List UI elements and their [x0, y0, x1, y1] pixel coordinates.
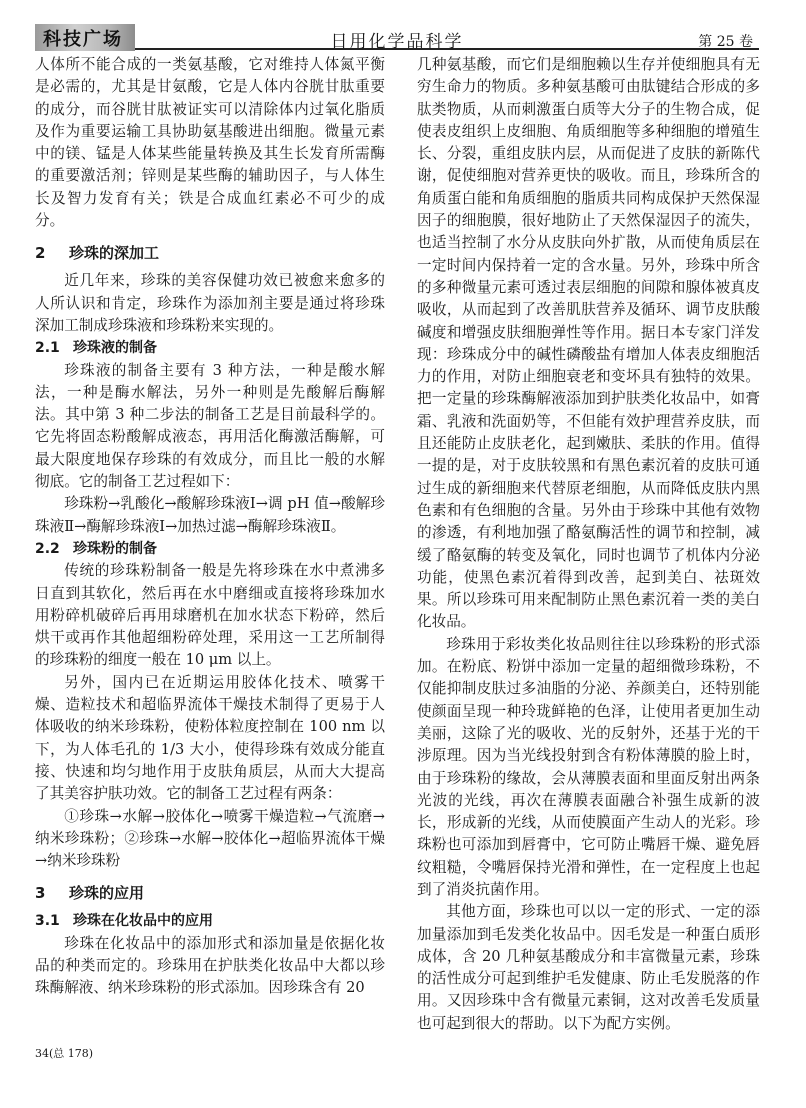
subsection-heading-3-1: 3.1珍珠在化妆品中的应用 — [35, 910, 385, 932]
subsection-number: 2.2 — [35, 538, 73, 560]
subsection-title: 珍珠液的制备 — [73, 340, 157, 356]
paragraph: 另外，国内已在近期运用胶体化技术、喷雾干燥、造粒技术和超临界流体干燥技术制得了更… — [35, 672, 385, 806]
subsection-heading-2-1: 2.1珍珠液的制备 — [35, 337, 385, 359]
paragraph-continued: 人体所不能合成的一类氨基酸，它对维持人体氮平衡是必需的，尤其是甘氨酸，它是人体内… — [35, 54, 385, 232]
volume-label: 第 25 卷 — [698, 31, 753, 51]
right-column: 几种氨基酸，而它们是细胞赖以生存并使细胞具有无穷生命力的物质。多种氨基酸可由肽键… — [417, 54, 760, 1035]
section-heading-2: 2珍珠的深加工 — [35, 242, 385, 264]
journal-title: 日用化学品科学 — [35, 27, 759, 52]
page-number: 34(总 178) — [35, 1045, 93, 1061]
paragraph: 传统的珍珠粉制备一般是先将珍珠在水中煮沸多日直到其软化，然后再在水中磨细或直接将… — [35, 560, 385, 671]
subsection-heading-2-2: 2.2珍珠粉的制备 — [35, 538, 385, 560]
paragraph: 珍珠在化妆品中的添加形式和添加量是依据化妆品的种类而定的。珍珠用在护肤类化妆品中… — [35, 933, 385, 1000]
paragraph: 近几年来，珍珠的美容保健功效已被愈来愈多的人所认识和肯定，珍珠作为添加剂主要是通… — [35, 270, 385, 337]
subsection-title: 珍珠粉的制备 — [73, 541, 157, 557]
subsection-title: 珍珠在化妆品中的应用 — [73, 913, 213, 929]
paragraph: 珍珠液的制备主要有 3 种方法，一种是酸水解法，一种是酶水解法，另外一种则是先酸… — [35, 360, 385, 494]
section-title: 珍珠的深加工 — [69, 244, 159, 262]
process-flow: 珍珠粉→乳酸化→酸解珍珠液Ⅰ→调 pH 值→酸解珍珠液Ⅱ→酶解珍珠液Ⅰ→加热过滤… — [35, 493, 385, 538]
paragraph-continued: 几种氨基酸，而它们是细胞赖以生存并使细胞具有无穷生命力的物质。多种氨基酸可由肽键… — [417, 54, 760, 634]
page-header: 科技广场 日用化学品科学 第 25 卷 — [35, 24, 759, 51]
subsection-number: 3.1 — [35, 910, 73, 932]
section-number: 2 — [35, 242, 69, 264]
subsection-number: 2.1 — [35, 337, 73, 359]
section-heading-3: 3珍珠的应用 — [35, 882, 385, 904]
left-column: 人体所不能合成的一类氨基酸，它对维持人体氮平衡是必需的，尤其是甘氨酸，它是人体内… — [35, 54, 385, 1000]
process-flow: ①珍珠→水解→胶体化→喷雾干燥造粒→气流磨→纳米珍珠粉；②珍珠→水解→胶体化→超… — [35, 806, 385, 873]
paragraph: 其他方面，珍珠也可以以一定的形式、一定的添加量添加到毛发类化妆品中。因毛发是一种… — [417, 901, 760, 1035]
section-number: 3 — [35, 882, 69, 904]
paragraph: 珍珠用于彩妆类化妆品则往往以珍珠粉的形式添加。在粉底、粉饼中添加一定量的超细微珍… — [417, 634, 760, 902]
section-title: 珍珠的应用 — [69, 884, 144, 902]
